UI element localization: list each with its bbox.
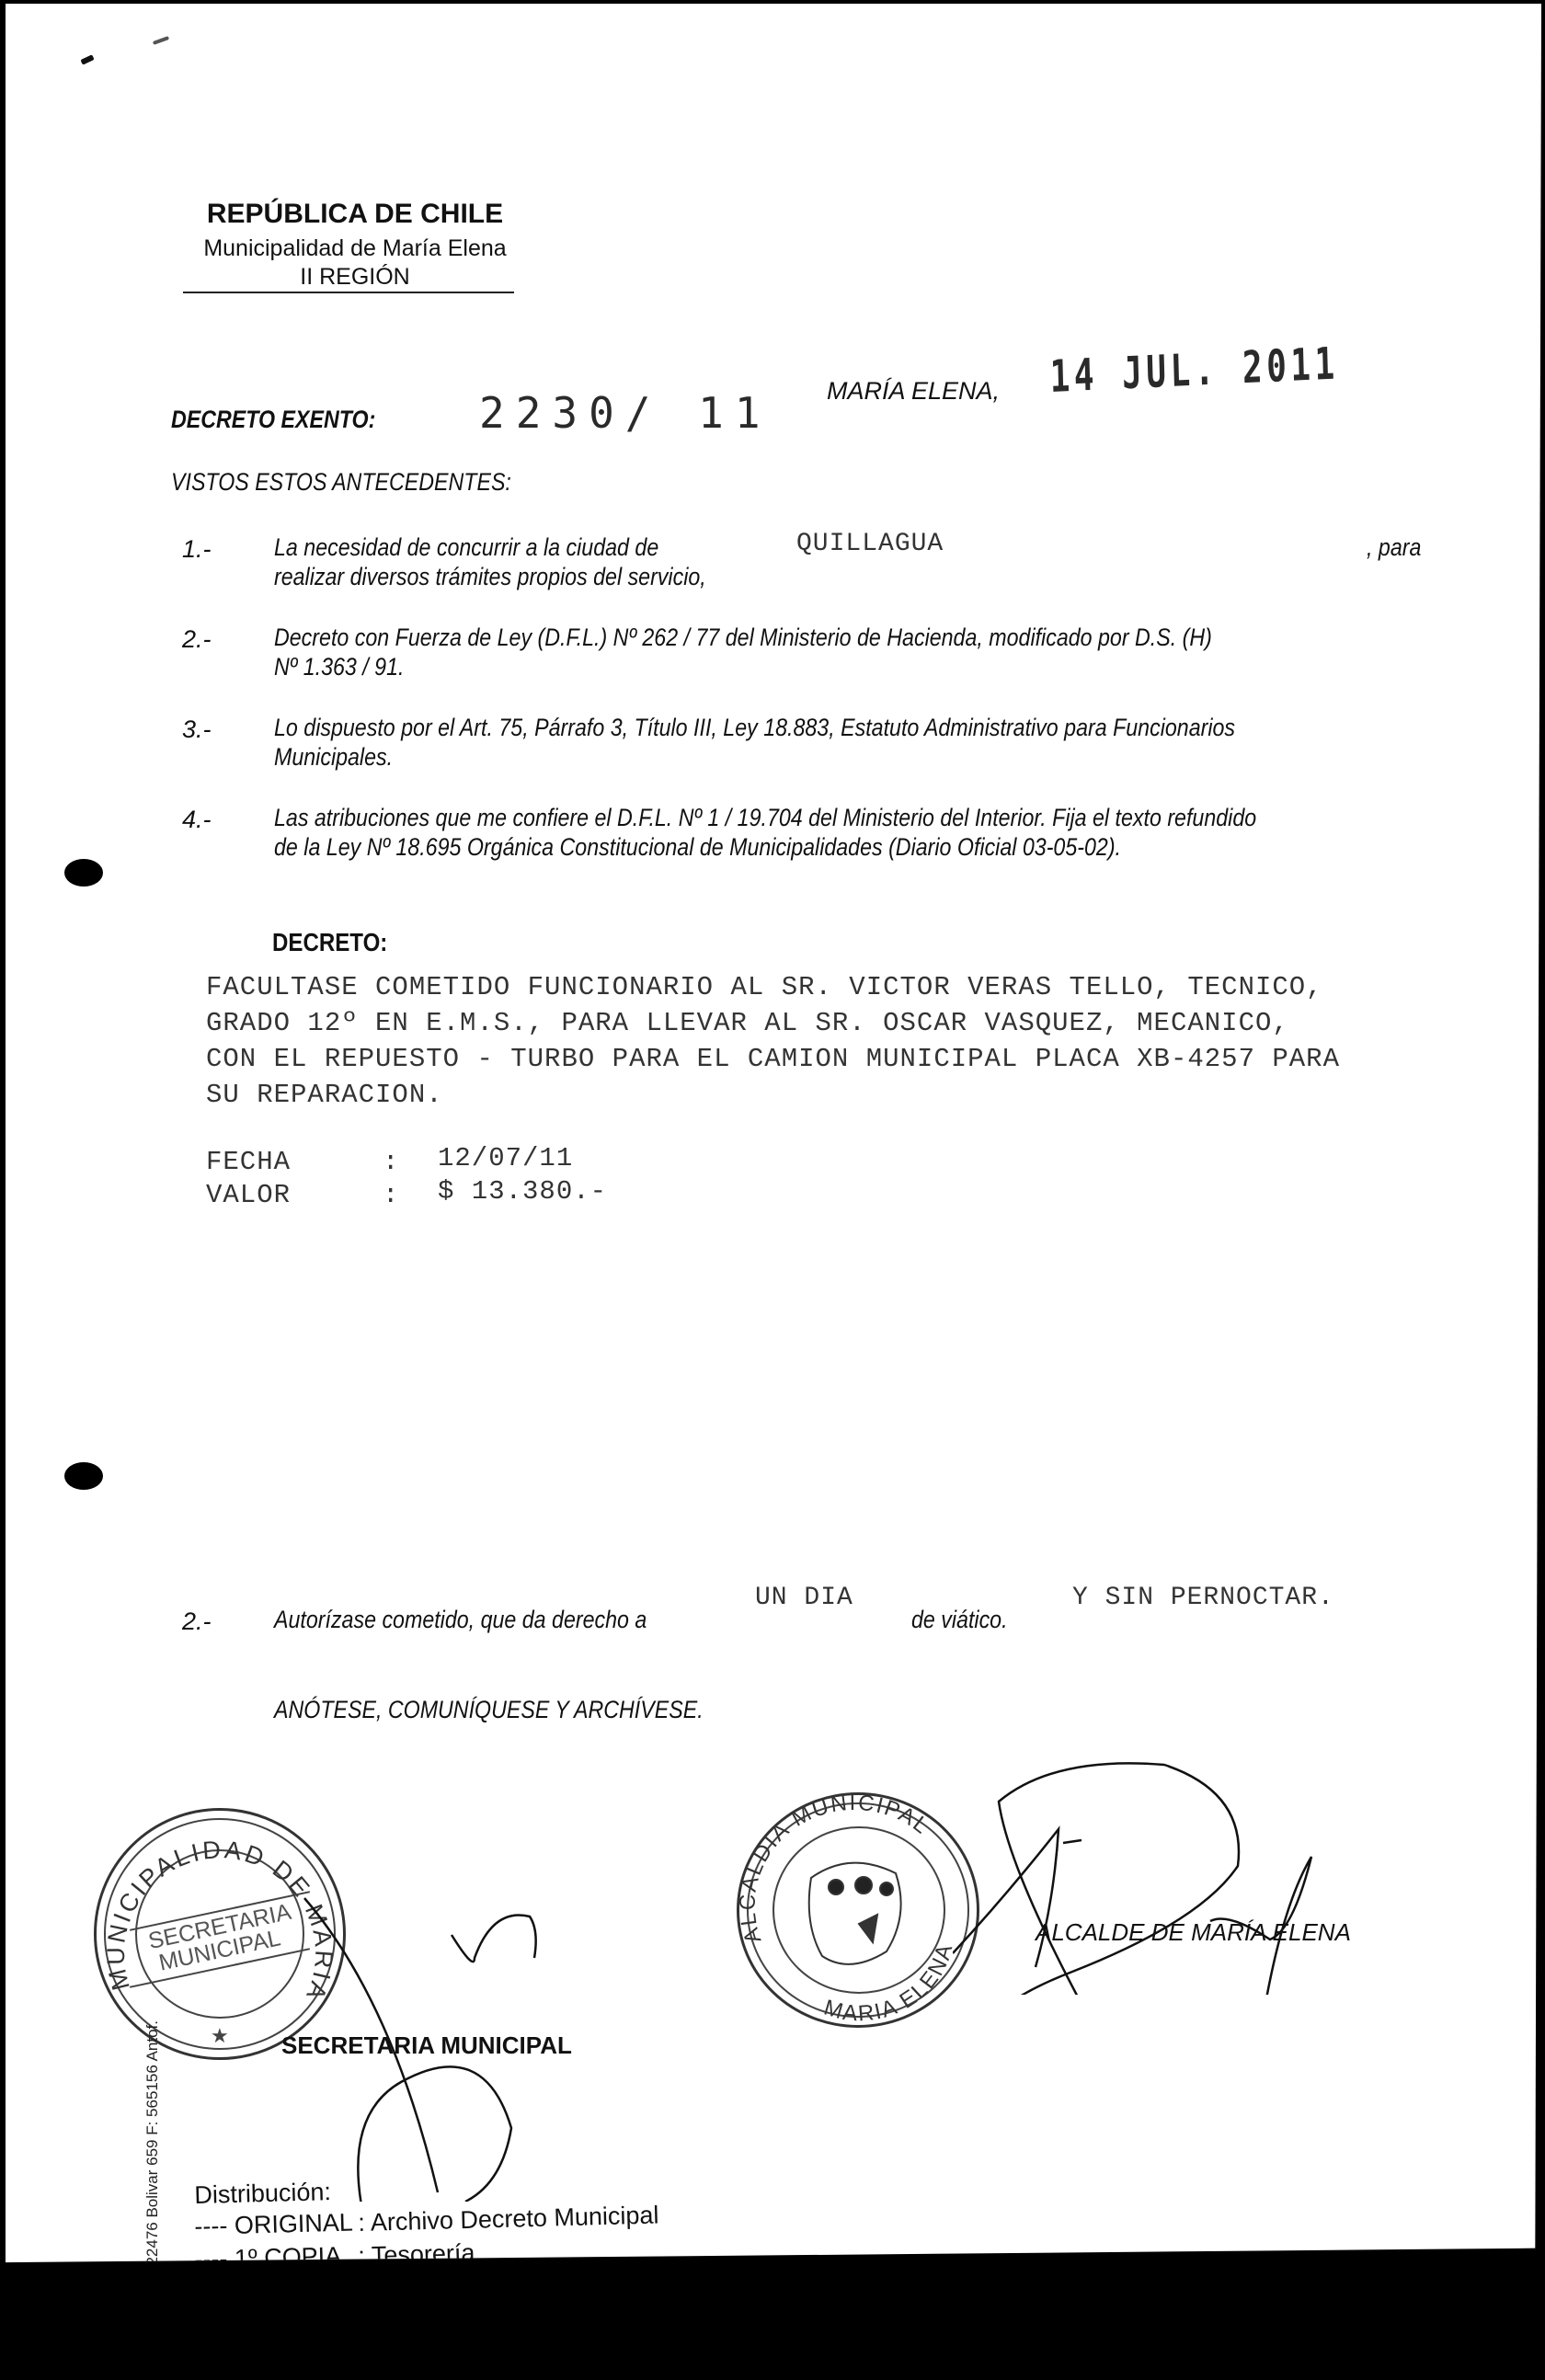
overnight-note: Y SIN PERNOCTAR. <box>1072 1584 1334 1612</box>
decree-number: 2230/ 11 <box>479 388 772 438</box>
municipality-name: Municipalidad de María Elena <box>185 235 525 262</box>
svg-text:MARIA ELENA: MARIA ELENA <box>821 1940 958 2025</box>
clause-number: 2.- <box>182 1608 212 1636</box>
secretary-label: SECRETARIA MUNICIPAL <box>281 2031 572 2060</box>
place-label: MARÍA ELENA, <box>827 377 1000 406</box>
item-number: 4.- <box>182 806 212 834</box>
country-title: REPÚBLICA DE CHILE <box>185 199 525 230</box>
closing-formula: ANÓTESE, COMUNÍQUESE Y ARCHÍVESE. <box>274 1692 704 1727</box>
date-stamp: 14 JUL. 2011 <box>1049 338 1339 403</box>
item-text: Nº 1.363 / 91. <box>274 649 404 684</box>
region-name: II REGIÓN <box>185 264 525 291</box>
decree-body-line: FACULTASE COMETIDO FUNCIONARIO AL SR. VI… <box>206 969 1323 1005</box>
item-text: de la Ley Nº 18.695 Orgánica Constitucio… <box>274 830 1121 864</box>
item-text: , para <box>1367 530 1421 565</box>
item-number: 3.- <box>182 715 212 744</box>
field-label-value: VALOR <box>206 1177 291 1213</box>
vistos-heading: VISTOS ESTOS ANTECEDENTES: <box>171 468 511 497</box>
distribution-heading: Distribución: <box>194 2178 331 2210</box>
binder-hole <box>64 859 103 887</box>
decreto-heading: DECRETO: <box>272 928 387 957</box>
distribution-dest: : Archivo Decreto Municipal <box>358 2201 659 2237</box>
star-icon: ★ <box>211 2024 229 2048</box>
distribution-copy: ---- 1º COPIA <box>194 2242 342 2274</box>
field-value-amount: $ 13.380.- <box>438 1173 607 1209</box>
field-value-date: 12/07/11 <box>438 1140 573 1176</box>
clause-text: Autorízase cometido, que da derecho a <box>274 1602 647 1637</box>
decree-body-line: CON EL REPUESTO - TURBO PARA EL CAMION M… <box>206 1041 1340 1077</box>
binder-hole <box>64 1462 103 1490</box>
header-divider <box>183 292 514 293</box>
decree-label: DECRETO EXENTO: <box>171 406 375 434</box>
seal-ring-text: ALCALDIA MUNICIPAL MARIA ELENA <box>739 1795 977 2025</box>
item-number: 1.- <box>182 535 212 564</box>
scan-speck <box>80 54 94 64</box>
decree-body-line: SU REPARACION. <box>206 1077 443 1113</box>
field-label-date: FECHA <box>206 1144 291 1180</box>
field-separator: : <box>383 1177 399 1213</box>
distribution-dest: : Tesorería <box>358 2239 475 2271</box>
mayor-label: ALCALDE DE MARÍA ELENA <box>1036 1918 1351 1947</box>
scanned-page: REPÚBLICA DE CHILE Municipalidad de Marí… <box>6 4 1541 2376</box>
viatico-days: UN DIA <box>755 1584 853 1612</box>
decree-body-line: GRADO 12º EN E.M.S., PARA LLEVAR AL SR. … <box>206 1005 1289 1041</box>
mayor-signature <box>953 1756 1431 1995</box>
distribution-copy: ---- ORIGINAL <box>194 2208 353 2241</box>
item-text: Municipales. <box>274 739 393 774</box>
scan-speck <box>153 36 169 45</box>
field-separator: : <box>383 1144 399 1180</box>
item-number: 2.- <box>182 625 212 654</box>
distribution-copy: ---- 2º COPIA <box>194 2275 342 2307</box>
distribution-dest: : Archivo Cometido <box>358 2270 566 2304</box>
svg-text:ALCALDIA MUNICIPAL: ALCALDIA MUNICIPAL <box>739 1795 934 1946</box>
item-text: Decreto con Fuerza de Ley (D.F.L.) Nº 26… <box>274 620 1212 655</box>
destination-city: QUILLAGUA <box>796 530 944 558</box>
alcaldia-seal: ALCALDIA MUNICIPAL MARIA ELENA <box>737 1792 979 2028</box>
item-text: Lo dispuesto por el Art. 75, Párrafo 3, … <box>274 710 1235 745</box>
coat-of-arms-icon <box>809 1863 901 1964</box>
clause-text: de viático. <box>911 1602 1008 1637</box>
printer-imprint: Ercilla 122476 Bolivar 659 F: 565156 Ant… <box>143 2020 162 2321</box>
item-text: realizar diversos trámites propios del s… <box>274 559 706 594</box>
